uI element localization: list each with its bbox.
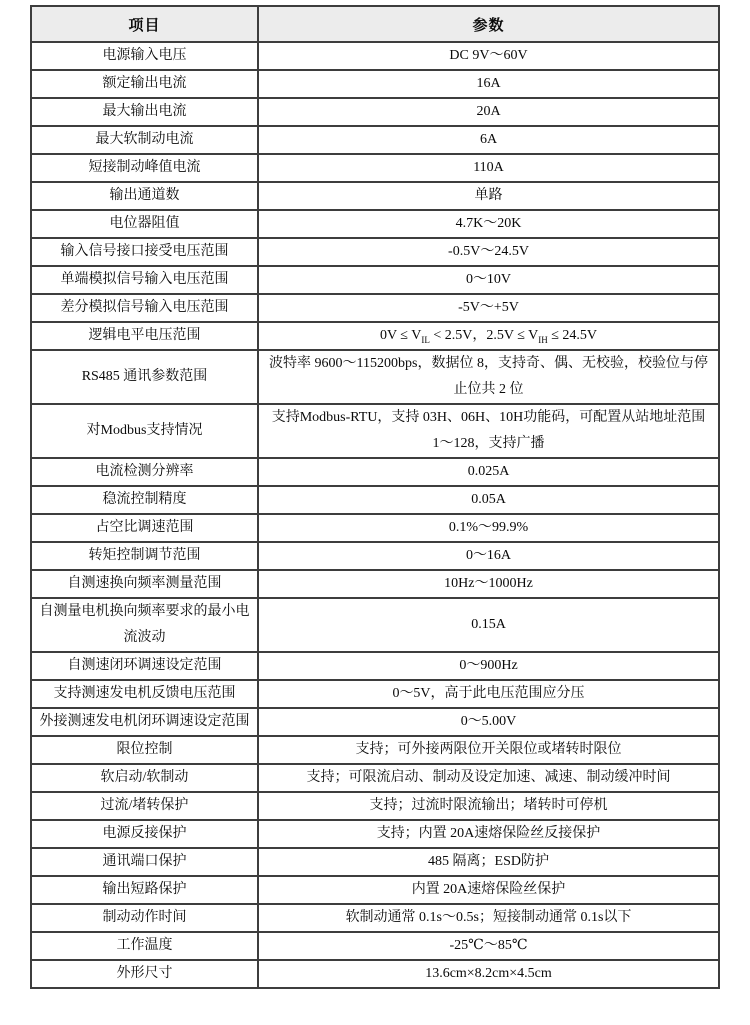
item-cell: RS485 通讯参数范围 bbox=[31, 350, 258, 404]
param-cell: 0～5V，高于此电压范围应分压 bbox=[258, 680, 719, 708]
param-cell: 支持；可外接两限位开关限位或堵转时限位 bbox=[258, 736, 719, 764]
param-cell: 0.15A bbox=[258, 598, 719, 652]
item-cell: 短接制动峰值电流 bbox=[31, 154, 258, 182]
param-cell: 软制动通常 0.1s～0.5s；短接制动通常 0.1s以下 bbox=[258, 904, 719, 932]
table-row: 差分模拟信号输入电压范围-5V～+5V bbox=[31, 294, 719, 322]
document-page: 项目 参数 电源输入电压DC 9V～60V额定输出电流16A最大输出电流20A最… bbox=[0, 0, 750, 989]
item-cell: 支持测速发电机反馈电压范围 bbox=[31, 680, 258, 708]
param-cell: 内置 20A速熔保险丝保护 bbox=[258, 876, 719, 904]
param-cell: 0～16A bbox=[258, 542, 719, 570]
table-row: 支持测速发电机反馈电压范围0～5V，高于此电压范围应分压 bbox=[31, 680, 719, 708]
param-cell: -25℃～85℃ bbox=[258, 932, 719, 960]
table-row: 最大输出电流20A bbox=[31, 98, 719, 126]
header-param-cell: 参数 bbox=[258, 6, 719, 42]
table-row: 电源反接保护支持；内置 20A速熔保险丝反接保护 bbox=[31, 820, 719, 848]
table-row: 电流检测分辨率0.025A bbox=[31, 458, 719, 486]
item-cell: 通讯端口保护 bbox=[31, 848, 258, 876]
item-cell: 限位控制 bbox=[31, 736, 258, 764]
table-row: 制动动作时间软制动通常 0.1s～0.5s；短接制动通常 0.1s以下 bbox=[31, 904, 719, 932]
item-cell: 自测速换向频率测量范围 bbox=[31, 570, 258, 598]
item-cell: 电源反接保护 bbox=[31, 820, 258, 848]
item-cell: 逻辑电平电压范围 bbox=[31, 322, 258, 350]
item-cell: 外接测速发电机闭环调速设定范围 bbox=[31, 708, 258, 736]
param-cell: 6A bbox=[258, 126, 719, 154]
param-cell: 波特率 9600～115200bps，数据位 8，支持奇、偶、无校验，校验位与停… bbox=[258, 350, 719, 404]
param-cell: 16A bbox=[258, 70, 719, 98]
item-cell: 最大软制动电流 bbox=[31, 126, 258, 154]
item-cell: 电流检测分辨率 bbox=[31, 458, 258, 486]
param-cell: 20A bbox=[258, 98, 719, 126]
table-row: 对Modbus支持情况支持Modbus-RTU，支持 03H、06H、10H功能… bbox=[31, 404, 719, 458]
table-row: 工作温度-25℃～85℃ bbox=[31, 932, 719, 960]
table-row: 电位器阻值4.7K～20K bbox=[31, 210, 719, 238]
table-row: 输出通道数单路 bbox=[31, 182, 719, 210]
param-cell: 485 隔离；ESD防护 bbox=[258, 848, 719, 876]
item-cell: 额定输出电流 bbox=[31, 70, 258, 98]
table-row: 软启动/软制动支持；可限流启动、制动及设定加速、减速、制动缓冲时间 bbox=[31, 764, 719, 792]
table-row: 短接制动峰值电流110A bbox=[31, 154, 719, 182]
param-cell: DC 9V～60V bbox=[258, 42, 719, 70]
param-cell: 10Hz～1000Hz bbox=[258, 570, 719, 598]
table-row: 稳流控制精度0.05A bbox=[31, 486, 719, 514]
item-cell: 过流/堵转保护 bbox=[31, 792, 258, 820]
value-subscript: IL bbox=[421, 335, 430, 345]
table-row: RS485 通讯参数范围波特率 9600～115200bps，数据位 8，支持奇… bbox=[31, 350, 719, 404]
value-text: ≤ 24.5V bbox=[548, 328, 597, 343]
item-cell: 制动动作时间 bbox=[31, 904, 258, 932]
param-cell: 0V ≤ VIL < 2.5V，2.5V ≤ VIH ≤ 24.5V bbox=[258, 322, 719, 350]
param-cell: 0～10V bbox=[258, 266, 719, 294]
item-cell: 差分模拟信号输入电压范围 bbox=[31, 294, 258, 322]
table-row: 通讯端口保护485 隔离；ESD防护 bbox=[31, 848, 719, 876]
param-cell: 0.1%～99.9% bbox=[258, 514, 719, 542]
param-cell: -0.5V～24.5V bbox=[258, 238, 719, 266]
value-text: < 2.5V，2.5V ≤ V bbox=[430, 328, 538, 343]
table-row: 自测量电机换向频率要求的最小电流波动0.15A bbox=[31, 598, 719, 652]
table-row: 自测速闭环调速设定范围0～900Hz bbox=[31, 652, 719, 680]
param-cell: 0～900Hz bbox=[258, 652, 719, 680]
param-cell: 4.7K～20K bbox=[258, 210, 719, 238]
item-cell: 工作温度 bbox=[31, 932, 258, 960]
table-row: 单端模拟信号输入电压范围0～10V bbox=[31, 266, 719, 294]
param-cell: 支持；过流时限流输出；堵转时可停机 bbox=[258, 792, 719, 820]
table-row: 外形尺寸13.6cm×8.2cm×4.5cm bbox=[31, 960, 719, 988]
item-cell: 转矩控制调节范围 bbox=[31, 542, 258, 570]
spec-table: 项目 参数 电源输入电压DC 9V～60V额定输出电流16A最大输出电流20A最… bbox=[30, 5, 720, 989]
item-cell: 稳流控制精度 bbox=[31, 486, 258, 514]
header-item-cell: 项目 bbox=[31, 6, 258, 42]
value-text: 0V ≤ V bbox=[380, 328, 421, 343]
table-row: 逻辑电平电压范围0V ≤ VIL < 2.5V，2.5V ≤ VIH ≤ 24.… bbox=[31, 322, 719, 350]
param-cell: -5V～+5V bbox=[258, 294, 719, 322]
param-cell: 支持Modbus-RTU，支持 03H、06H、10H功能码，可配置从站地址范围… bbox=[258, 404, 719, 458]
param-cell: 13.6cm×8.2cm×4.5cm bbox=[258, 960, 719, 988]
item-cell: 占空比调速范围 bbox=[31, 514, 258, 542]
item-cell: 单端模拟信号输入电压范围 bbox=[31, 266, 258, 294]
table-row: 电源输入电压DC 9V～60V bbox=[31, 42, 719, 70]
table-row: 自测速换向频率测量范围10Hz～1000Hz bbox=[31, 570, 719, 598]
table-row: 过流/堵转保护支持；过流时限流输出；堵转时可停机 bbox=[31, 792, 719, 820]
table-row: 额定输出电流16A bbox=[31, 70, 719, 98]
header-row: 项目 参数 bbox=[31, 6, 719, 42]
item-cell: 外形尺寸 bbox=[31, 960, 258, 988]
param-cell: 0.025A bbox=[258, 458, 719, 486]
item-cell: 输出短路保护 bbox=[31, 876, 258, 904]
param-cell: 支持；可限流启动、制动及设定加速、减速、制动缓冲时间 bbox=[258, 764, 719, 792]
table-row: 输入信号接口接受电压范围-0.5V～24.5V bbox=[31, 238, 719, 266]
item-cell: 输入信号接口接受电压范围 bbox=[31, 238, 258, 266]
table-row: 转矩控制调节范围0～16A bbox=[31, 542, 719, 570]
item-cell: 自测速闭环调速设定范围 bbox=[31, 652, 258, 680]
table-row: 占空比调速范围0.1%～99.9% bbox=[31, 514, 719, 542]
param-cell: 0～5.00V bbox=[258, 708, 719, 736]
item-cell: 软启动/软制动 bbox=[31, 764, 258, 792]
item-cell: 对Modbus支持情况 bbox=[31, 404, 258, 458]
item-cell: 自测量电机换向频率要求的最小电流波动 bbox=[31, 598, 258, 652]
param-cell: 110A bbox=[258, 154, 719, 182]
item-cell: 最大输出电流 bbox=[31, 98, 258, 126]
param-cell: 支持；内置 20A速熔保险丝反接保护 bbox=[258, 820, 719, 848]
param-cell: 单路 bbox=[258, 182, 719, 210]
param-cell: 0.05A bbox=[258, 486, 719, 514]
table-row: 输出短路保护内置 20A速熔保险丝保护 bbox=[31, 876, 719, 904]
item-cell: 电位器阻值 bbox=[31, 210, 258, 238]
item-cell: 输出通道数 bbox=[31, 182, 258, 210]
table-row: 外接测速发电机闭环调速设定范围0～5.00V bbox=[31, 708, 719, 736]
value-subscript: IH bbox=[538, 335, 548, 345]
table-row: 限位控制支持；可外接两限位开关限位或堵转时限位 bbox=[31, 736, 719, 764]
item-cell: 电源输入电压 bbox=[31, 42, 258, 70]
table-row: 最大软制动电流6A bbox=[31, 126, 719, 154]
